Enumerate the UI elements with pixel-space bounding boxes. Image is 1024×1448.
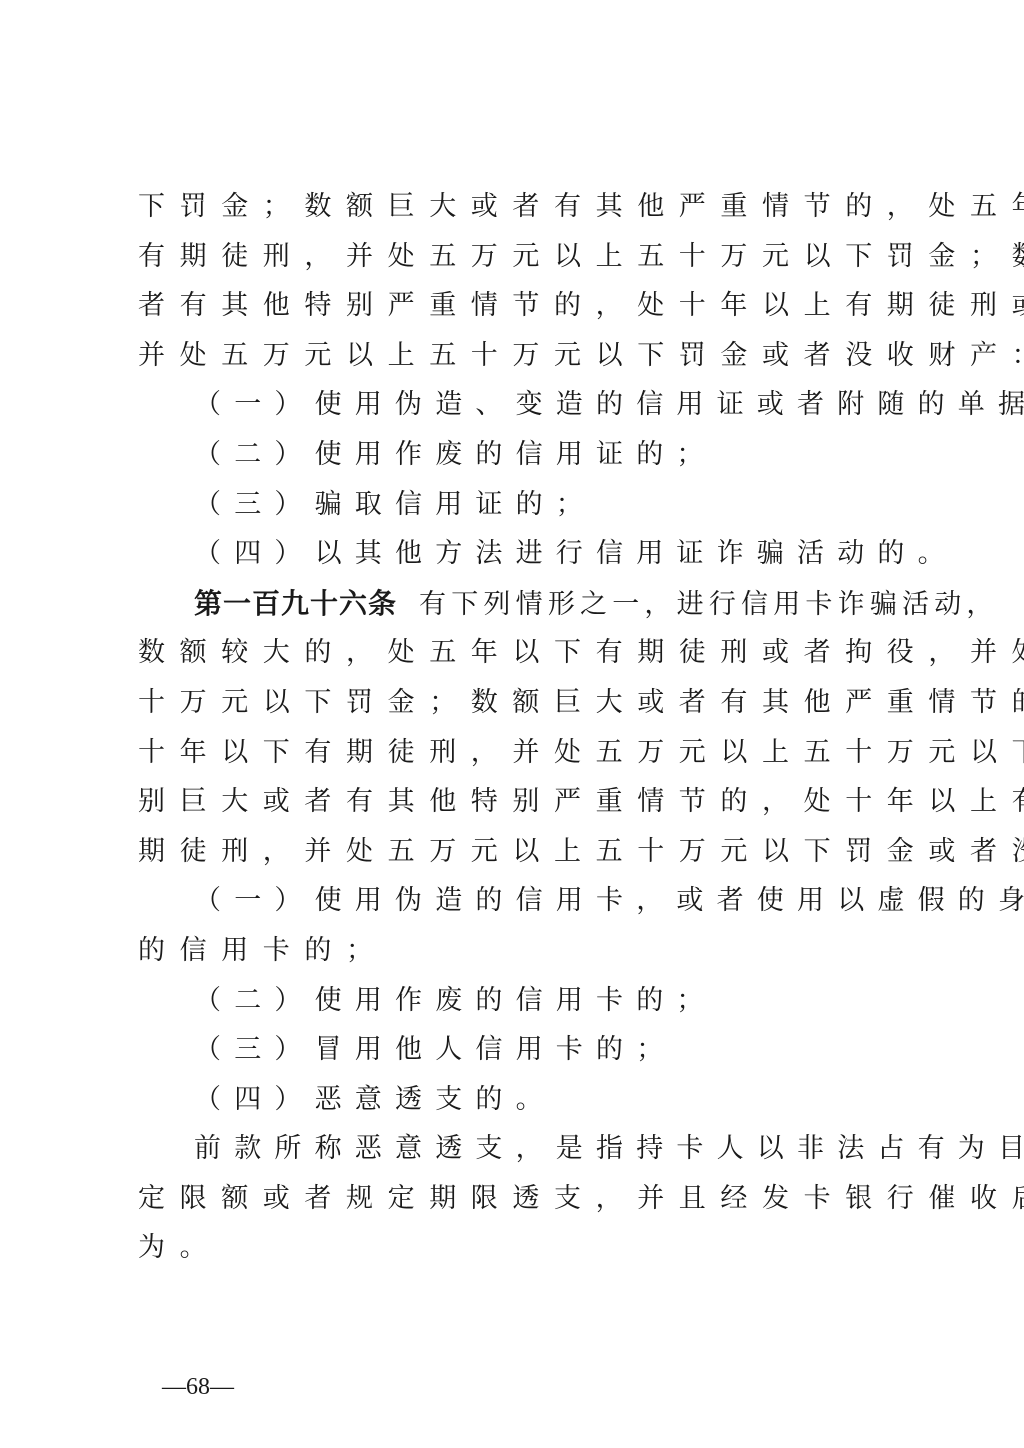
note-line: 为。 — [138, 1223, 908, 1273]
text-line: 期徒刑，并处五万元以上五十万元以下罚金或者没收财产： — [138, 827, 908, 877]
list-item: （一）使用伪造、变造的信用证或者附随的单据、文件的； — [138, 380, 908, 430]
text-line: 者有其他特别严重情节的，处十年以上有期徒刑或者无期徒刑， — [138, 281, 908, 331]
list-item: （二）使用作废的信用证的； — [138, 430, 908, 480]
article-title: 第一百九十六条 — [194, 587, 397, 620]
list-item: （一）使用伪造的信用卡，或者使用以虚假的身份证明骗领 — [138, 876, 908, 926]
article-first-line: 有下列情形之一，进行信用卡诈骗活动， — [419, 589, 999, 620]
list-item: （四）恶意透支的。 — [138, 1075, 908, 1125]
note-line: 前款所称恶意透支，是指持卡人以非法占有为目的，超过规 — [138, 1124, 908, 1174]
text-line: 有期徒刑，并处五万元以上五十万元以下罚金；数额特别巨大或 — [138, 232, 908, 282]
text-line: 下罚金；数额巨大或者有其他严重情节的，处五年以上十年以下 — [138, 182, 908, 232]
list-item: （二）使用作废的信用卡的； — [138, 976, 908, 1026]
document-page-body: 下罚金；数额巨大或者有其他严重情节的，处五年以上十年以下 有期徒刑，并处五万元以… — [138, 182, 908, 1273]
text-line: 十年以下有期徒刑，并处五万元以上五十万元以下罚金；数额特 — [138, 728, 908, 778]
list-item: （三）骗取信用证的； — [138, 480, 908, 530]
text-line: 并处五万元以上五十万元以下罚金或者没收财产： — [138, 331, 908, 381]
list-item: （三）冒用他人信用卡的； — [138, 1025, 908, 1075]
page-number: —68— — [162, 1374, 234, 1401]
text-line: 别巨大或者有其他特别严重情节的，处十年以上有期徒刑或者无 — [138, 777, 908, 827]
text-line: 数额较大的，处五年以下有期徒刑或者拘役，并处二万元以上二 — [138, 628, 908, 678]
text-line: 十万元以下罚金；数额巨大或者有其他严重情节的，处五年以上 — [138, 678, 908, 728]
article-heading-line: 第一百九十六条有下列情形之一，进行信用卡诈骗活动， — [138, 579, 908, 629]
list-item: （四）以其他方法进行信用证诈骗活动的。 — [138, 529, 908, 579]
list-item-continuation: 的信用卡的； — [138, 926, 908, 976]
note-line: 定限额或者规定期限透支，并且经发卡银行催收后仍不归还的行 — [138, 1174, 908, 1224]
